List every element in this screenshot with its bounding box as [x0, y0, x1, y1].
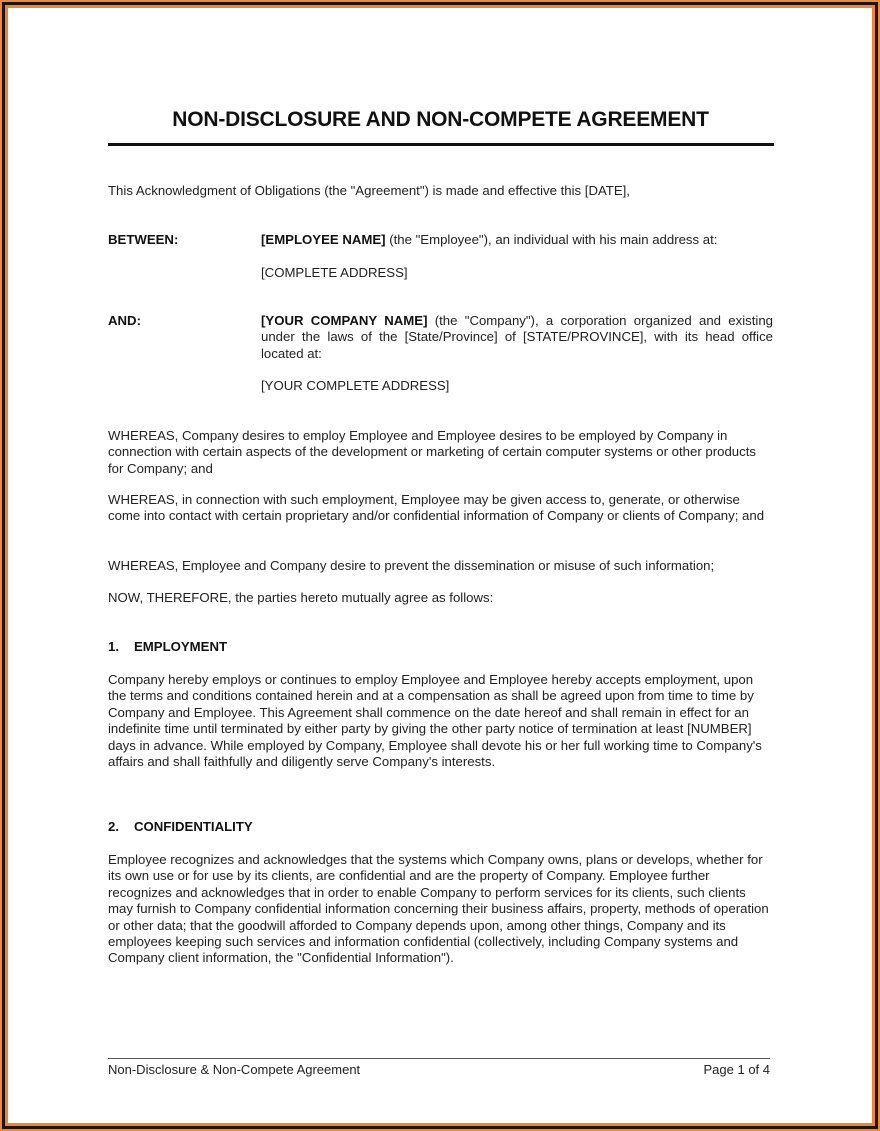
footer-rule: [108, 1058, 770, 1059]
and-label: AND:: [108, 313, 141, 328]
section-body-confidentiality: Employee recognizes and acknowledges tha…: [108, 852, 774, 967]
section-heading-employment: 1.EMPLOYMENT: [108, 639, 227, 654]
recital-2: WHEREAS, in connection with such employm…: [108, 492, 774, 525]
document-title: NON-DISCLOSURE AND NON-COMPETE AGREEMENT: [108, 108, 773, 132]
footer-title: Non-Disclosure & Non-Compete Agreement: [108, 1062, 360, 1077]
recital-1: WHEREAS, Company desires to employ Emplo…: [108, 428, 774, 477]
page-number: Page 1 of 4: [704, 1062, 771, 1077]
company-address: [YOUR COMPLETE ADDRESS]: [261, 378, 773, 394]
intro-paragraph: This Acknowledgment of Obligations (the …: [108, 183, 774, 199]
recital-3: WHEREAS, Employee and Company desire to …: [108, 558, 774, 574]
employee-address: [COMPLETE ADDRESS]: [261, 265, 773, 281]
employee-party: [EMPLOYEE NAME] (the "Employee"), an ind…: [261, 232, 773, 248]
section-body-employment: Company hereby employs or continues to e…: [108, 672, 774, 770]
section-heading-confidentiality: 2.CONFIDENTIALITY: [108, 819, 253, 834]
between-label: BETWEEN:: [108, 232, 178, 247]
title-underline: [108, 143, 774, 146]
employee-desc: (the "Employee"), an individual with his…: [386, 232, 718, 247]
recital-now-therefore: NOW, THEREFORE, the parties hereto mutua…: [108, 590, 774, 606]
employee-name: [EMPLOYEE NAME]: [261, 232, 386, 247]
company-party: [YOUR COMPANY NAME] (the "Company"), a c…: [261, 313, 773, 362]
company-name: [YOUR COMPANY NAME]: [261, 313, 427, 328]
